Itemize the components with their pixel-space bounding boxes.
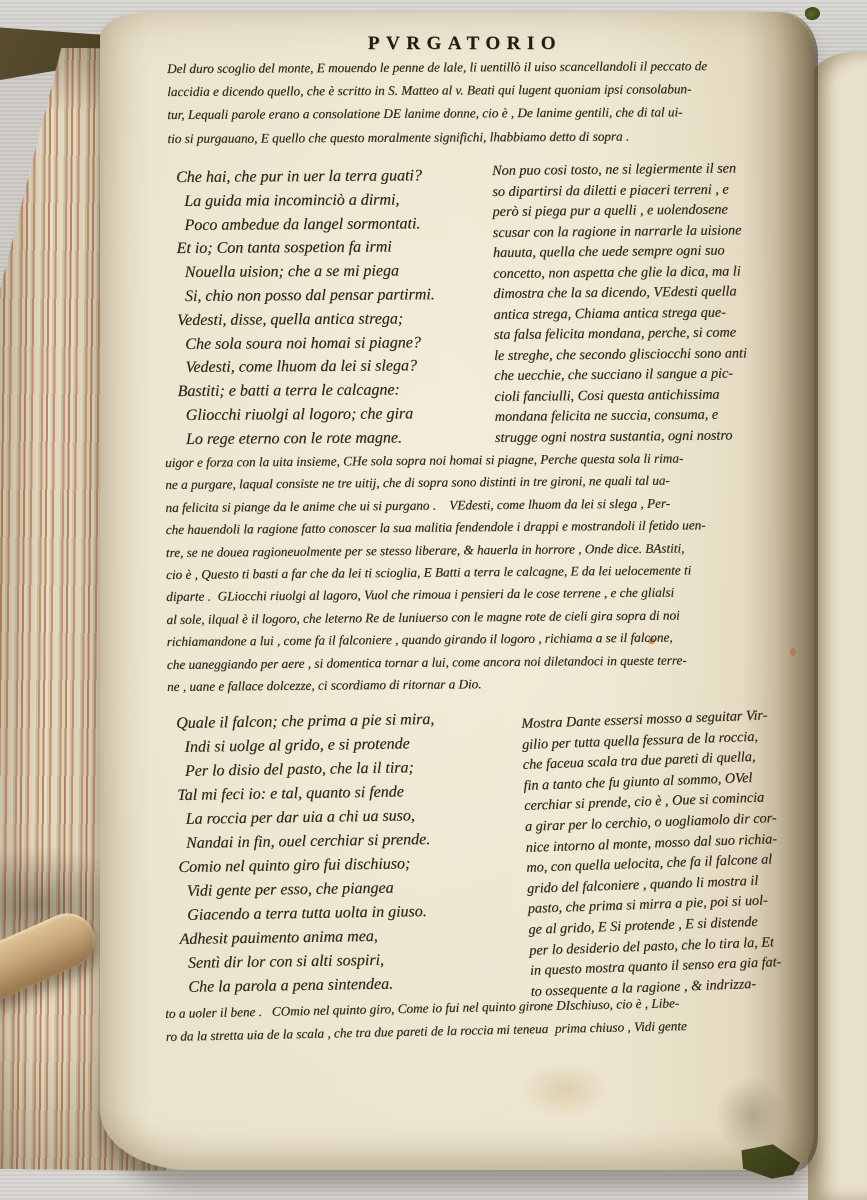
verse-column-2: Quale il falcon; che prima a pie si mira…	[176, 708, 439, 1000]
page-gutter-shadow	[742, 12, 818, 1172]
middle-commentary-paragraph: uigor e forza con la uita insieme, CHe s…	[165, 447, 707, 698]
running-header: PVRGATORIO	[352, 33, 578, 55]
book-photograph: PVRGATORIO Del duro scoglio del monte, E…	[0, 0, 867, 1200]
insect-speck	[803, 5, 821, 22]
top-commentary-paragraph: Del duro scoglio del monte, E mouendo le…	[167, 54, 708, 150]
commentary-column-1: Non puo cosi tosto, ne si legiermente il…	[492, 158, 748, 448]
commentary-column-2: Mostra Dante essersi mosso a seguitar Vi…	[521, 705, 783, 1002]
verse-column-1: Che hai, che pur in uer la terra guati? …	[176, 164, 436, 451]
